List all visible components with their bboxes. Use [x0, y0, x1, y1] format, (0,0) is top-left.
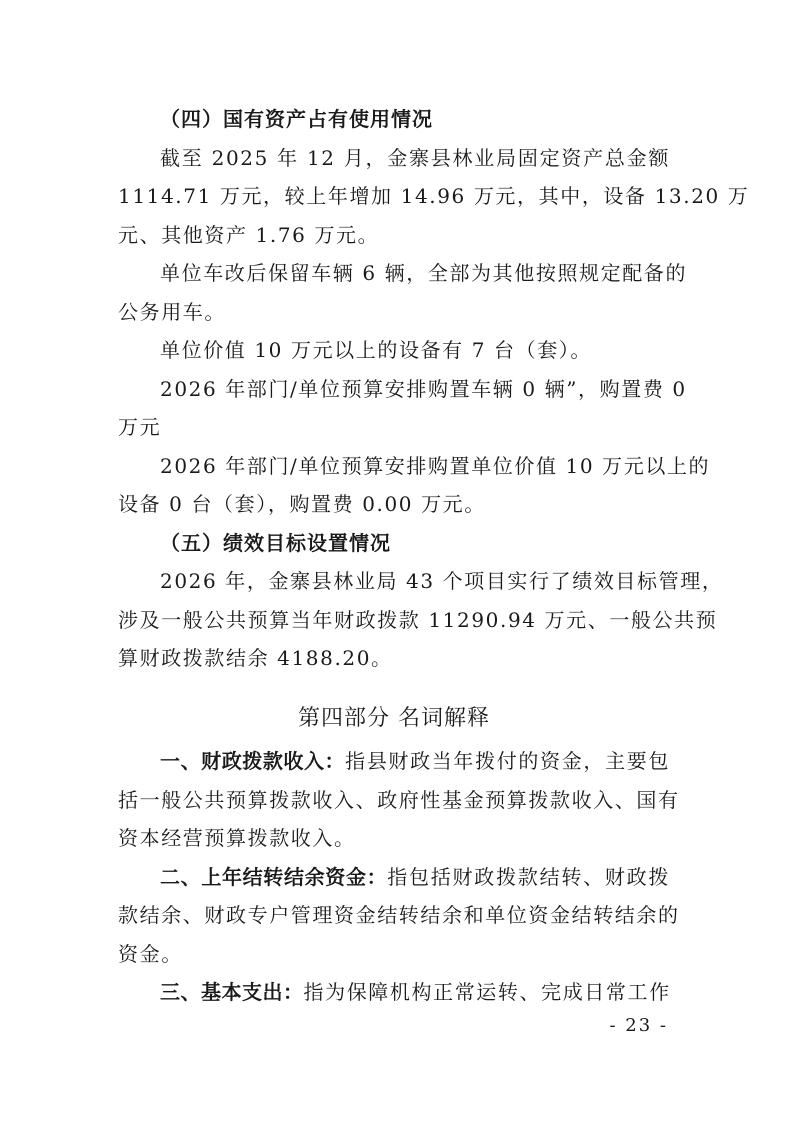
- paragraph-line: 元、其他资产 1.76 万元。: [118, 216, 670, 255]
- paragraph-line: 2026 年部门/单位预算安排购置车辆 0 辆”，购置费 0: [118, 370, 670, 409]
- document-page: （四）国有资产占有使用情况 截至 2025 年 12 月，金寨县林业局固定资产总…: [118, 100, 670, 1012]
- paragraph-line: 资本经营预算拨款收入。: [118, 819, 670, 858]
- paragraph-line: 公务用车。: [118, 293, 670, 332]
- paragraph-line: 单位价值 10 万元以上的设备有 7 台（套）。: [118, 331, 670, 370]
- section-heading-assets: （四）国有资产占有使用情况: [118, 100, 670, 139]
- paragraph-line: 涉及一般公共预算当年财政拨款 11290.94 万元、一般公共预: [118, 601, 670, 640]
- paragraph-line: 截至 2025 年 12 月，金寨县林业局固定资产总金额: [118, 139, 670, 178]
- paragraph-line: 括一般公共预算拨款收入、政府性基金预算拨款收入、国有: [118, 781, 670, 820]
- paragraph-line: 款结余、财政专户管理资金结转结余和单位资金结转结余的: [118, 896, 670, 935]
- paragraph-line: 设备 0 台（套），购置费 0.00 万元。: [118, 485, 670, 524]
- term-text: 指为保障机构正常运转、完成日常工作: [304, 980, 671, 1004]
- term-label: 一、财政拨款收入：: [160, 749, 345, 773]
- paragraph-line: 万元: [118, 408, 670, 447]
- term-definition-line: 二、上年结转结余资金：指包括财政拨款结转、财政拨: [118, 858, 670, 897]
- paragraph-line: 算财政拨款结余 4188.20。: [118, 639, 670, 678]
- term-definition-line: 三、基本支出：指为保障机构正常运转、完成日常工作: [118, 973, 670, 1012]
- part-title: 第四部分 名词解释: [118, 700, 670, 739]
- paragraph-line: 单位车改后保留车辆 6 辆，全部为其他按照规定配备的: [118, 254, 670, 293]
- section-heading-performance: （五）绩效目标设置情况: [118, 524, 670, 563]
- paragraph-line: 2026 年部门/单位预算安排购置单位价值 10 万元以上的: [118, 447, 670, 486]
- term-text: 指县财政当年拨付的资金，主要包: [345, 749, 670, 773]
- term-label: 三、基本支出：: [160, 980, 304, 1004]
- paragraph-line: 2026 年，金寨县林业局 43 个项目实行了绩效目标管理，: [118, 562, 670, 601]
- paragraph-line: 1114.71 万元，较上年增加 14.96 万元，其中，设备 13.20 万: [118, 177, 670, 216]
- paragraph-line: 资金。: [118, 935, 670, 974]
- term-text: 指包括财政拨款结转、财政拨: [387, 865, 670, 889]
- page-number: - 23 -: [609, 1015, 668, 1036]
- term-label: 二、上年结转结余资金：: [160, 865, 387, 889]
- term-definition-line: 一、财政拨款收入：指县财政当年拨付的资金，主要包: [118, 742, 670, 781]
